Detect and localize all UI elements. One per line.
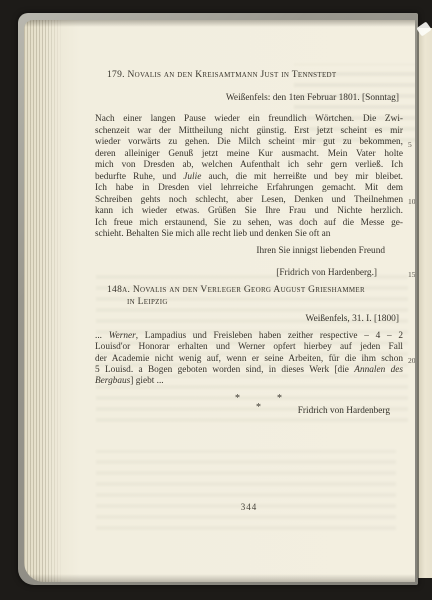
text-segment: schieht. Behalten Sie mich alle recht li… <box>95 229 330 239</box>
text-segment: mich von Dresden ab, welchen Aufenthalt … <box>95 160 403 170</box>
signature-text: [Fridrich von Hardenberg.] <box>276 268 377 278</box>
text-segment: bedurfte Ruhe, und <box>95 172 183 182</box>
text-line: kann ich wieder etwas. Grüßen Sie Ihre F… <box>95 206 403 218</box>
text-segment: Schreiben gehts noch schlecht, aber Lese… <box>95 195 403 205</box>
letter-179-closing-signature: [Fridrich von Hardenberg.] 15 <box>95 268 403 278</box>
letter-179-body: Nach einer langen Pause wieder ein freun… <box>95 114 403 241</box>
margin-line-number: 20 <box>408 355 415 366</box>
italic-text: Werner <box>109 331 136 341</box>
text-line: Nach einer langen Pause wieder ein freun… <box>95 114 403 126</box>
text-line: ... Werner, Lampadius und Freisleben hab… <box>95 331 403 342</box>
text-segment: wieder vorwärts zu gehen. Die Milch sche… <box>95 137 403 147</box>
text-line: Louisd'or Honorar erhalten und Werner op… <box>95 342 403 353</box>
text-line: bedurfte Ruhe, und Julie auch, die mit h… <box>95 172 403 184</box>
section-separator-asterisk: * <box>256 402 261 413</box>
text-segment: ... <box>95 331 109 341</box>
text-column: 179. Novalis an den Kreisamtmann Just in… <box>95 20 403 582</box>
book-page: 179. Novalis an den Kreisamtmann Just in… <box>24 20 415 582</box>
page-edge-stack <box>24 20 68 582</box>
text-line: wieder vorwärts zu gehen. Die Milch sche… <box>95 137 403 149</box>
italic-text: Annalen des <box>354 365 403 375</box>
text-segment: kann ich wieder etwas. Grüßen Sie Ihre F… <box>95 206 403 216</box>
text-line: Bergbaus] giebt ... <box>95 376 403 387</box>
letter-148a-heading-line2: in Leipzig <box>127 297 168 307</box>
letter-148a-body: ... Werner, Lampadius und Freisleben hab… <box>95 331 403 387</box>
margin-line-number: 15 <box>408 270 415 279</box>
letter-179-dateline: Weißenfels: den 1ten Februar 1801. [Sonn… <box>95 93 403 103</box>
text-line: 5 Louisd. a Bogen geboten worden sind, i… <box>95 365 403 376</box>
page-corner-highlight <box>416 21 432 36</box>
text-segment: 5 Louisd. a Bogen geboten worden sind, i… <box>95 365 354 375</box>
text-segment: Nach einer langen Pause wieder ein freun… <box>95 114 403 124</box>
italic-text: Bergbaus <box>95 376 130 386</box>
letter-148a-closing-signature: Fridrich von Hardenberg <box>95 406 403 416</box>
text-segment: , Lampadius und Freisleben haben zeither… <box>136 331 403 341</box>
text-line: Ich freue mich erstaunend, Sie zu sehen,… <box>95 218 403 230</box>
text-segment: ] giebt ... <box>130 376 163 386</box>
section-separator-asterisk: * <box>277 393 282 404</box>
adjacent-page-edge <box>417 28 432 578</box>
letter-148a-heading-line1: 148a. Novalis an den Verleger Georg Augu… <box>107 285 365 295</box>
text-segment: Ich freue mich erstaunend, Sie zu sehen,… <box>95 218 403 228</box>
letter-179-heading: 179. Novalis an den Kreisamtmann Just in… <box>107 70 336 80</box>
text-segment: Ich habe in Dresden viel lehrreiche Erfa… <box>95 183 403 193</box>
text-segment: schenzeit war der Mittheilung nicht güns… <box>95 126 403 136</box>
text-segment: auch, die mit herreißte und bey mir blei… <box>201 172 403 182</box>
text-line: der Academie nicht wenig auf, wenn er se… <box>95 354 403 365</box>
scanned-book-page: { "page": { "number": "344" }, "letter_1… <box>0 0 432 600</box>
letter-179-closing-salutation: Ihren Sie innigst liebenden Freund <box>95 246 403 256</box>
text-segment: Louisd'or Honorar erhalten und Werner op… <box>95 342 403 352</box>
text-line: schenzeit war der Mittheilung nicht güns… <box>95 126 403 138</box>
margin-line-number: 5 <box>408 139 412 151</box>
margin-line-number: 10 <box>408 196 415 208</box>
text-line: schieht. Behalten Sie mich alle recht li… <box>95 229 403 241</box>
text-segment: der Academie nicht wenig auf, wenn er se… <box>95 354 403 364</box>
section-separator-asterisk: * <box>235 393 240 404</box>
text-line: Ich habe in Dresden viel lehrreiche Erfa… <box>95 183 403 195</box>
text-line: mich von Dresden ab, welchen Aufenthalt … <box>95 160 403 172</box>
text-segment: deren alleiniger Genuß jetzt meine Kur a… <box>95 149 403 159</box>
italic-text: Julie <box>183 172 201 182</box>
text-line: Schreiben gehts noch schlecht, aber Lese… <box>95 195 403 207</box>
letter-148a-dateline: Weißenfels, 31. I. [1800] <box>95 314 403 324</box>
page-number: 344 <box>95 502 403 512</box>
text-line: deren alleiniger Genuß jetzt meine Kur a… <box>95 149 403 161</box>
